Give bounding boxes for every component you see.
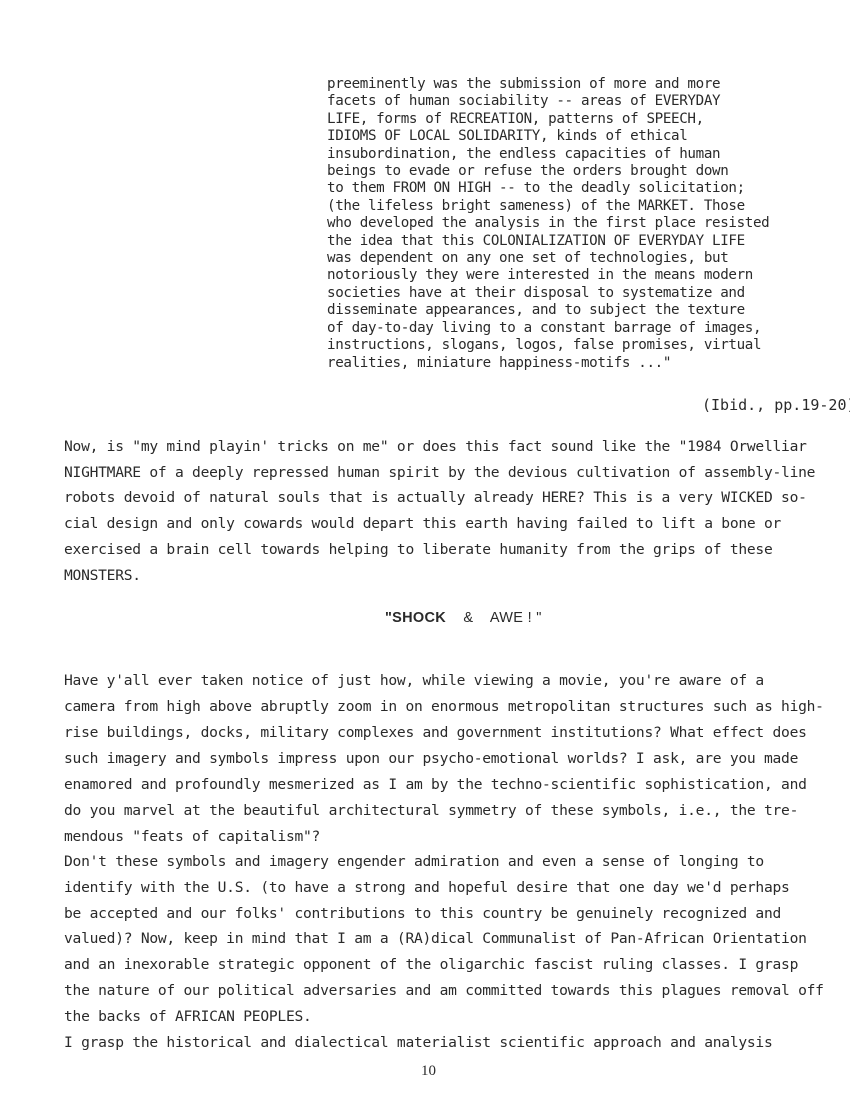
text-line: valued)? Now, keep in mind that I am a (… — [64, 926, 844, 952]
quote-line: beings to evade or refuse the orders bro… — [327, 163, 807, 180]
text-line: Don't these symbols and imagery engender… — [64, 849, 844, 875]
text-line: do you marvel at the beautiful architect… — [64, 798, 844, 824]
text-line: and an inexorable strategic opponent of … — [64, 952, 844, 978]
text-line: such imagery and symbols impress upon ou… — [64, 746, 844, 772]
quote-line: facets of human sociability -- areas of … — [327, 93, 807, 110]
text-line: camera from high above abruptly zoom in … — [64, 694, 844, 720]
text-line: the nature of our political adversaries … — [64, 978, 844, 1004]
text-line: Now, is "my mind playin' tricks on me" o… — [64, 434, 844, 460]
heading-part: "SHOCK — [385, 610, 446, 626]
quote-line: to them FROM ON HIGH -- to the deadly so… — [327, 180, 807, 197]
page-number: 10 — [421, 1063, 436, 1080]
text-line: rise buildings, docks, military complexe… — [64, 720, 844, 746]
quote-line: the idea that this COLONIALIZATION OF EV… — [327, 233, 807, 250]
text-line: mendous "feats of capitalism"? — [64, 824, 844, 850]
text-line: MONSTERS. — [64, 563, 844, 589]
quote-line: disseminate appearances, and to subject … — [327, 302, 807, 319]
quote-citation: (Ibid., pp.19-20) — [702, 396, 850, 414]
text-line: the backs of AFRICAN PEOPLES. — [64, 1004, 844, 1030]
quote-line: who developed the analysis in the first … — [327, 215, 807, 232]
text-line: be accepted and our folks' contributions… — [64, 901, 844, 927]
quote-line: preeminently was the submission of more … — [327, 76, 807, 93]
text-line: robots devoid of natural souls that is a… — [64, 485, 844, 511]
quote-line: realities, miniature happiness-motifs ..… — [327, 355, 807, 372]
heading-ampersand: & — [463, 610, 473, 626]
text-line: cial design and only cowards would depar… — [64, 511, 844, 537]
paragraph-symbols-imagery: Don't these symbols and imagery engender… — [64, 849, 844, 1055]
heading-part: AWE ! " — [490, 610, 542, 626]
text-line: enamored and profoundly mesmerized as I … — [64, 772, 844, 798]
section-heading: "SHOCK & AWE ! " — [385, 610, 542, 626]
quote-line: instructions, slogans, logos, false prom… — [327, 337, 807, 354]
text-line: NIGHTMARE of a deeply repressed human sp… — [64, 460, 844, 486]
quote-line: (the lifeless bright sameness) of the MA… — [327, 198, 807, 215]
block-quote: preeminently was the submission of more … — [327, 76, 807, 372]
text-line: Have y'all ever taken notice of just how… — [64, 668, 844, 694]
quote-line: notoriously they were interested in the … — [327, 267, 807, 284]
text-line: exercised a brain cell towards helping t… — [64, 537, 844, 563]
quote-line: was dependent on any one set of technolo… — [327, 250, 807, 267]
paragraph-movie-camera: Have y'all ever taken notice of just how… — [64, 668, 844, 850]
quote-line: insubordination, the endless capacities … — [327, 146, 807, 163]
quote-line: LIFE, forms of RECREATION, patterns of S… — [327, 111, 807, 128]
paragraph-orwellian-nightmare: Now, is "my mind playin' tricks on me" o… — [64, 434, 844, 588]
text-line: identify with the U.S. (to have a strong… — [64, 875, 844, 901]
quote-line: IDIOMS OF LOCAL SOLIDARITY, kinds of eth… — [327, 128, 807, 145]
quote-line: societies have at their disposal to syst… — [327, 285, 807, 302]
text-line: I grasp the historical and dialectical m… — [64, 1030, 844, 1056]
quote-line: of day-to-day living to a constant barra… — [327, 320, 807, 337]
